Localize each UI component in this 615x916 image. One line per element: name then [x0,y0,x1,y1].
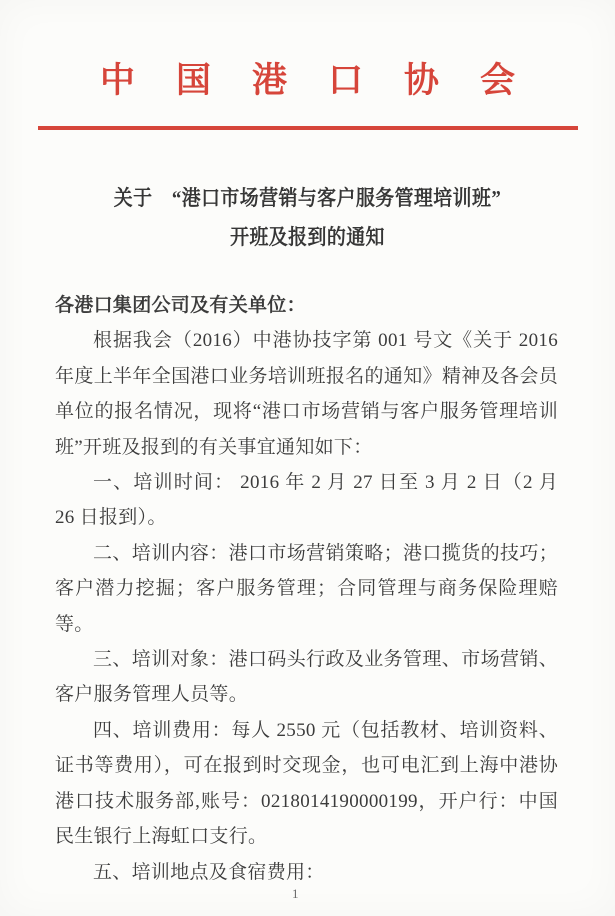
notice-title-line1: 关于 “港口市场营销与客户服务管理培训班” [31,179,585,218]
letterhead: 中国港口协会 [0,0,615,130]
notice-title: 关于 “港口市场营销与客户服务管理培训班” 开班及报到的通知 [0,179,615,257]
paragraph-training-audience: 三、培训对象：港口码头行政及业务管理、市场营销、客户服务管理人员等。 [55,642,558,713]
document-page: 中国港口协会 关于 “港口市场营销与客户服务管理培训班” 开班及报到的通知 各港… [0,0,615,916]
notice-title-line2: 开班及报到的通知 [31,218,585,257]
page-footer: 1 [0,886,590,902]
paragraph-training-content: 二、培训内容：港口市场营销策略；港口揽货的技巧；客户潜力挖掘；客户服务管理；合同… [55,536,558,642]
paragraph-training-fee: 四、培训费用：每人 2550 元（包括教材、培训资料、证书等费用），可在报到时交… [55,713,558,855]
paragraph-basis: 根据我会（2016）中港协技字第 001 号文《关于 2016 年度上半年全国港… [55,323,558,465]
notice-body: 各港口集团公司及有关单位： 根据我会（2016）中港协技字第 001 号文《关于… [55,288,558,890]
paragraph-training-time: 一、培训时间： 2016 年 2 月 27 日至 3 月 2 日（2 月 26 … [55,465,558,536]
organization-name: 中国港口协会 [0,0,615,100]
page-number: 1 [292,886,299,901]
paragraph-training-location: 五、培训地点及食宿费用： [55,855,558,890]
salutation: 各港口集团公司及有关单位： [55,288,558,323]
letterhead-divider [38,126,578,130]
